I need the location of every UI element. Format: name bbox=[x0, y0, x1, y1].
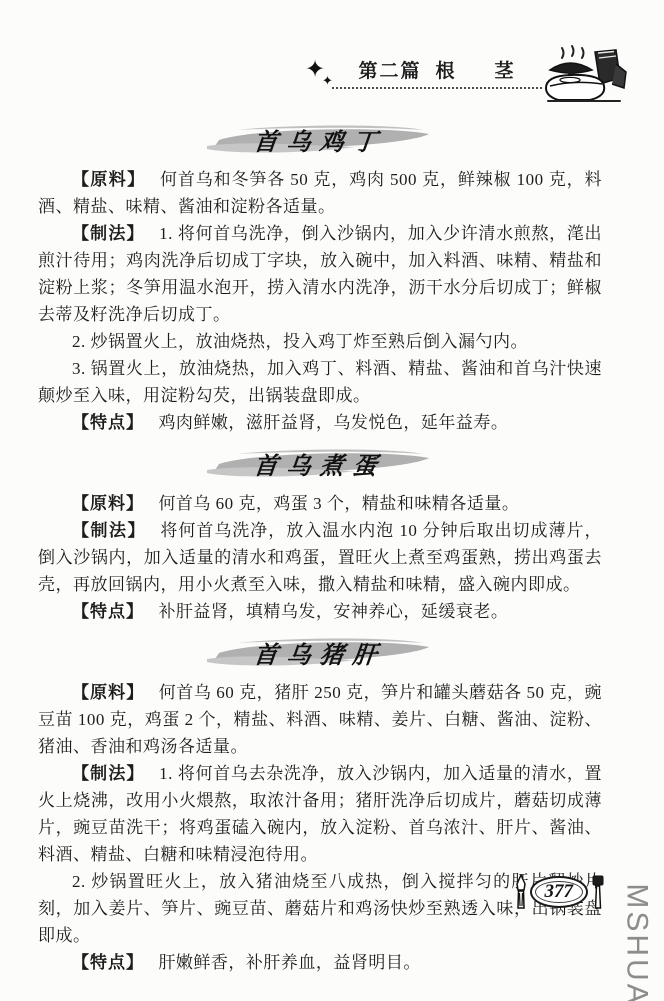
recipe-title: 首乌煮蛋 bbox=[203, 446, 437, 481]
paragraph-text: 何首乌 60 克，鸡蛋 3 个，精盐和味精各适量。 bbox=[158, 494, 519, 513]
dotted-rule bbox=[332, 86, 542, 89]
recipe-paragraph: 【原料】何首乌 60 克，猪肝 250 克，笋片和罐头蘑菇各 50 克，豌豆苗 … bbox=[38, 679, 602, 760]
recipe-paragraph: 【特点】肝嫩鲜香，补肝养血，益肾明目。 bbox=[38, 949, 602, 976]
page-number: 377 bbox=[530, 876, 589, 909]
recipe-title: 首乌鸡丁 bbox=[203, 122, 437, 157]
steaming-dish-icon bbox=[540, 44, 632, 108]
recipe-paragraph: 【原料】何首乌 60 克，鸡蛋 3 个，精盐和味精各适量。 bbox=[38, 490, 602, 517]
page-number-badge: 377 bbox=[514, 874, 607, 910]
recipe-section-shouwu-jiding: 首乌鸡丁 【原料】何首乌和冬笋各 50 克，鸡肉 500 克，鲜辣椒 100 克… bbox=[38, 116, 602, 436]
paragraph-label: 【特点】 bbox=[72, 413, 144, 432]
recipe-paragraph: 【原料】何首乌和冬笋各 50 克，鸡肉 500 克，鲜辣椒 100 克，料酒、精… bbox=[38, 166, 602, 220]
recipe-paragraph: 【制法】1. 将何首乌去杂洗净，放入沙锅内，加入适量的清水，置火上烧沸，改用小火… bbox=[38, 760, 602, 868]
section-word-2: 茎 bbox=[495, 61, 516, 82]
section-word-1: 根 bbox=[435, 61, 456, 82]
book-page: ✦ ✦ 第二篇根茎 bbox=[0, 0, 664, 1001]
paragraph-text: 补肝益肾，填精乌发，安神养心，延缓衰老。 bbox=[158, 602, 508, 621]
recipe-section-shouwu-zhudan: 首乌煮蛋 【原料】何首乌 60 克，鸡蛋 3 个，精盐和味精各适量。 【制法】将… bbox=[38, 440, 602, 625]
paragraph-text: 肝嫩鲜香，补肝养血，益肾明目。 bbox=[158, 953, 421, 972]
paragraph-text: 3. 锅置火上，放油烧热，加入鸡丁、料酒、精盐、酱油和首乌汁快速颠炒至入味，用淀… bbox=[38, 359, 602, 405]
paragraph-label: 【原料】 bbox=[72, 170, 146, 189]
recipe-paragraph: 【制法】将何首乌洗净，放入温水内泡 10 分钟后取出切成薄片，倒入沙锅内，加入适… bbox=[38, 517, 602, 598]
recipe-paragraph: 3. 锅置火上，放油烧热，加入鸡丁、料酒、精盐、酱油和首乌汁快速颠炒至入味，用淀… bbox=[38, 355, 602, 409]
paragraph-label: 【原料】 bbox=[72, 683, 144, 702]
paragraph-label: 【制法】 bbox=[72, 521, 146, 540]
recipe-paragraph: 2. 炒锅置火上，放油烧热，投入鸡丁炸至熟后倒入漏勺内。 bbox=[38, 328, 602, 355]
recipe-paragraph: 【特点】鸡肉鲜嫩，滋肝益肾，乌发悦色，延年益寿。 bbox=[38, 409, 602, 436]
recipe-title-block: 首乌猪肝 bbox=[205, 629, 435, 673]
recipe-title: 首乌猪肝 bbox=[203, 635, 437, 670]
paragraph-label: 【制法】 bbox=[72, 764, 145, 783]
page-content: 首乌鸡丁 【原料】何首乌和冬笋各 50 克，鸡肉 500 克，鲜辣椒 100 克… bbox=[38, 112, 602, 976]
header-row: ✦ ✦ 第二篇根茎 bbox=[0, 50, 664, 110]
paragraph-label: 【原料】 bbox=[72, 494, 144, 513]
fork-icon bbox=[590, 874, 606, 910]
watermark: MSHUA bbox=[619, 883, 653, 1001]
paragraph-label: 【特点】 bbox=[72, 953, 144, 972]
knife-icon bbox=[514, 874, 528, 910]
paragraph-text: 2. 炒锅置火上，放油烧热，投入鸡丁炸至熟后倒入漏勺内。 bbox=[72, 332, 528, 351]
paragraph-text: 鸡肉鲜嫩，滋肝益肾，乌发悦色，延年益寿。 bbox=[158, 413, 508, 432]
recipe-paragraph: 【制法】1. 将何首乌洗净，倒入沙锅内，加入少许清水煎熬，滗出煎汁待用；鸡肉洗净… bbox=[38, 220, 602, 328]
paragraph-label: 【特点】 bbox=[72, 602, 144, 621]
section-title: 第二篇根茎 bbox=[332, 56, 542, 83]
recipe-title-block: 首乌鸡丁 bbox=[205, 116, 435, 160]
recipe-title-block: 首乌煮蛋 bbox=[205, 440, 435, 484]
recipe-paragraph: 【特点】补肝益肾，填精乌发，安神养心，延缓衰老。 bbox=[38, 598, 602, 625]
paragraph-label: 【制法】 bbox=[72, 224, 145, 243]
section-heading: 第二篇根茎 bbox=[332, 56, 542, 89]
section-number: 第二篇 bbox=[358, 61, 421, 82]
page-header: ✦ ✦ 第二篇根茎 bbox=[0, 50, 664, 110]
recipe-section-shouwu-zhugan: 首乌猪肝 【原料】何首乌 60 克，猪肝 250 克，笋片和罐头蘑菇各 50 克… bbox=[38, 629, 602, 976]
